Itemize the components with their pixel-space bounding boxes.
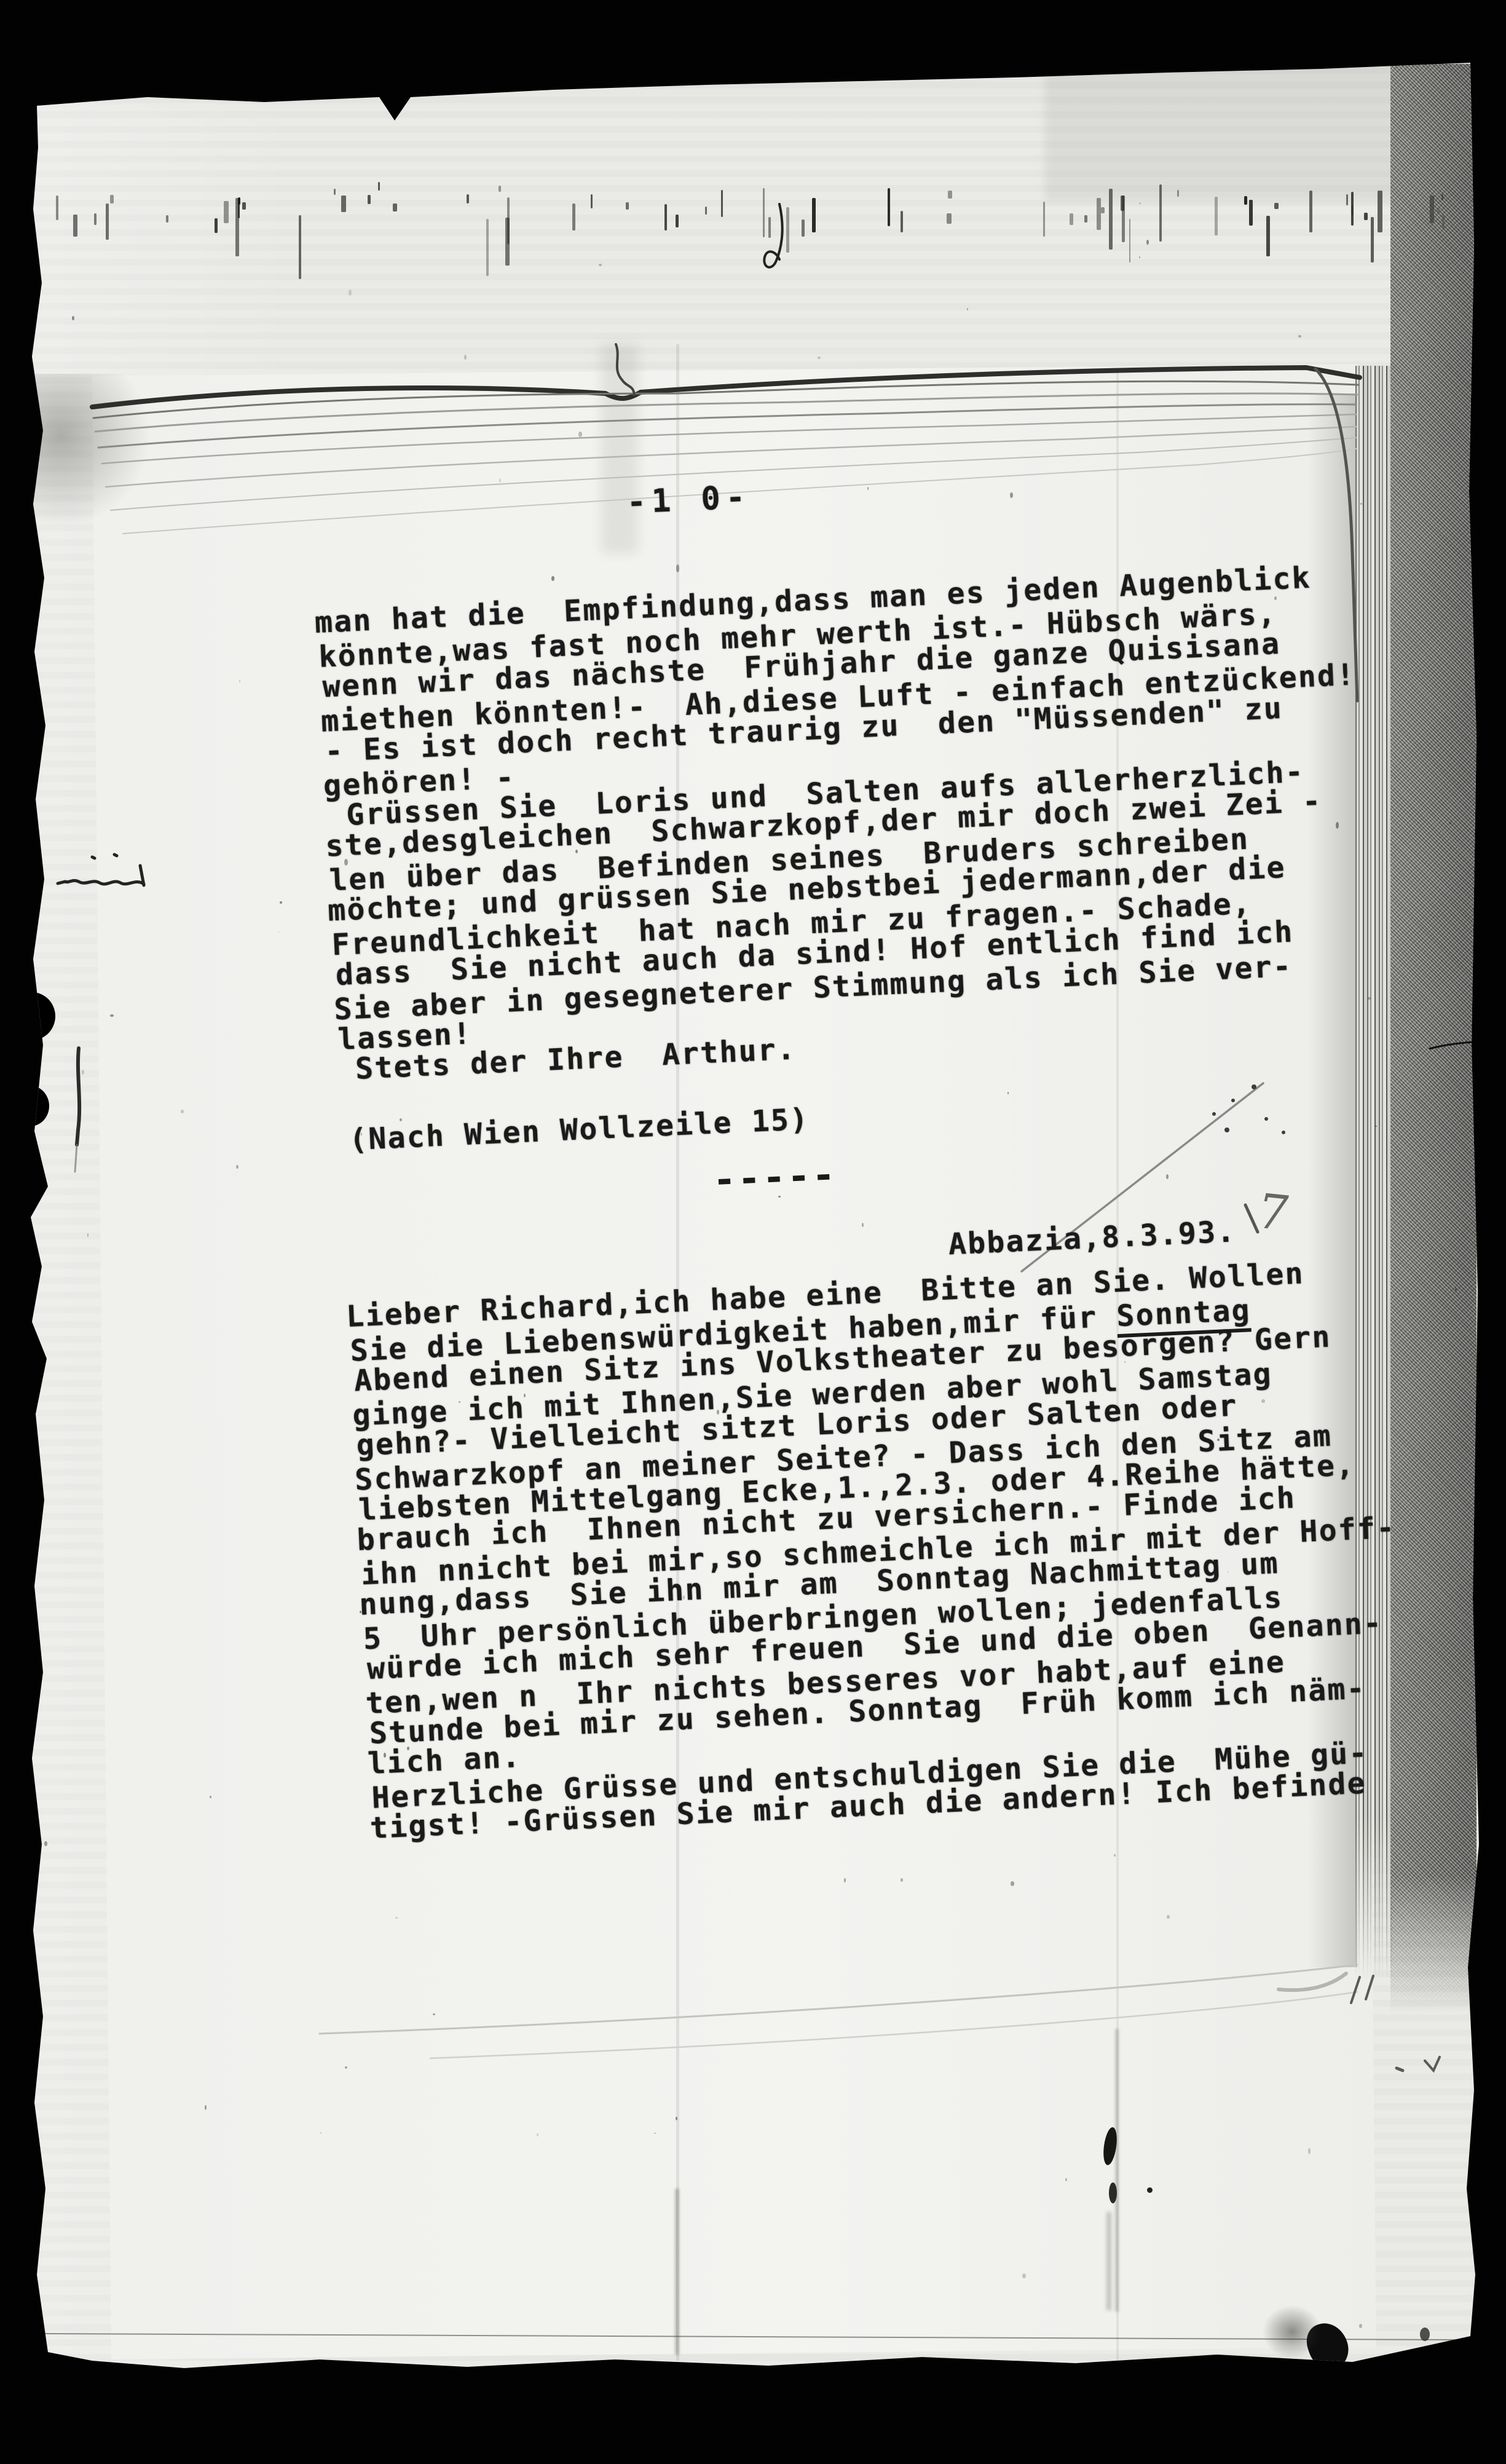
film-tick-mark (106, 203, 109, 240)
film-tick-mark (110, 195, 114, 203)
dateline: Abbazia,8.3.93. (948, 1216, 1237, 1260)
separator-dashes: ----- (712, 1152, 838, 1202)
film-tick-mark (224, 201, 229, 223)
film-tick-mark (166, 215, 168, 222)
dust-speck (320, 2132, 321, 2134)
typewritten-text-layer: -1 0- man hat die Empfindung,dass man es… (289, 0, 1506, 2462)
film-tick-mark (238, 197, 240, 204)
dust-speck (236, 1165, 238, 1169)
microfilm-scan-page: { "document": { "page_number": "-1 0-", … (0, 0, 1506, 2464)
page-number: -1 0- (626, 479, 751, 521)
dust-speck (110, 1014, 113, 1017)
dust-speck (72, 316, 74, 320)
address-note: (Nach Wien Wollzeile 15) (349, 1104, 810, 1156)
film-edge-blemish (11, 1086, 49, 1126)
stack-corner-smudge (22, 374, 151, 527)
dust-speck (280, 901, 283, 904)
dust-speck (82, 1070, 84, 1074)
film-tick-mark (215, 218, 217, 233)
typed-line: lich an. (367, 1742, 522, 1779)
film-edge-blemish (9, 992, 55, 1040)
film-tick-mark (94, 213, 96, 225)
film-tick-mark (56, 195, 58, 220)
dust-speck (44, 1841, 47, 1846)
dust-speck (210, 1796, 211, 1798)
film-tick-mark (242, 202, 246, 210)
film-tick-mark (73, 215, 77, 237)
dust-speck (205, 2105, 207, 2110)
margin-pencil-stroke (75, 1048, 79, 1172)
dust-speck (87, 1233, 89, 1237)
